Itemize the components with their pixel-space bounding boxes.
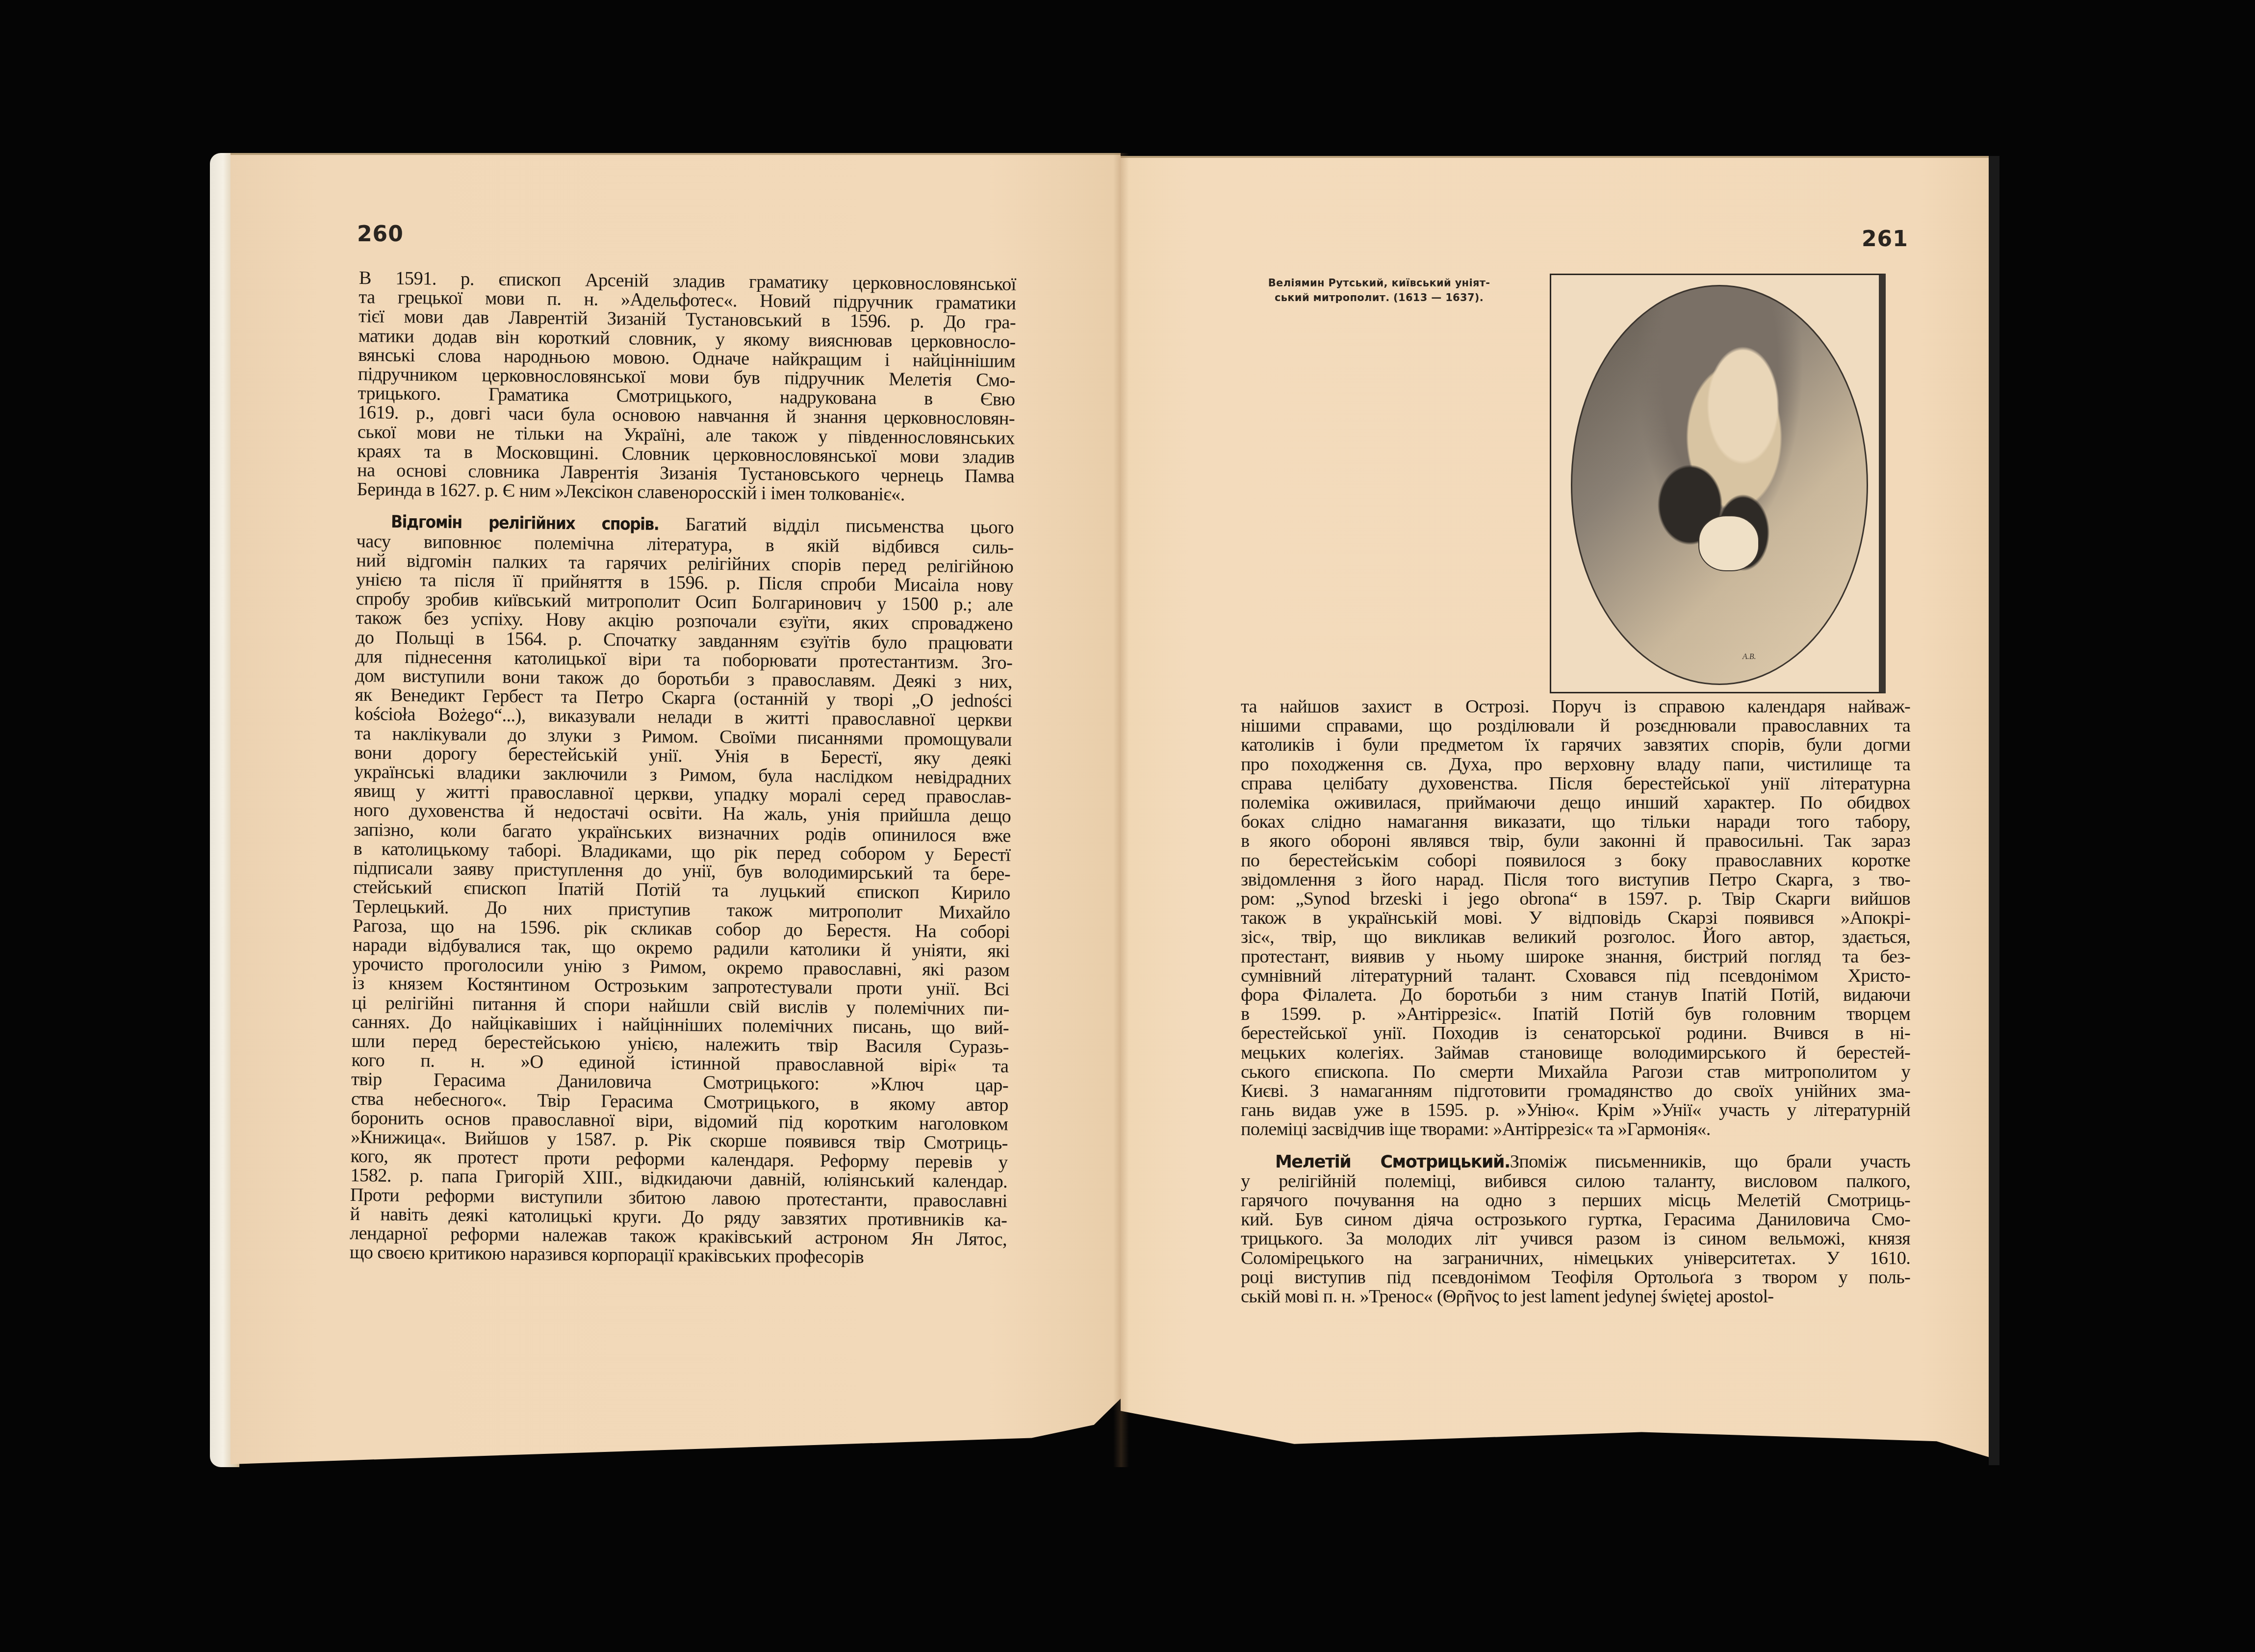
right-paragraph-1: та найшов захист в Острозі. Поруч із спр… — [1241, 697, 1910, 1140]
text-line: у релігійній полеміці, вибився силою тал… — [1241, 1172, 1910, 1191]
caption-line-1: Веліямин Рутський, київський унiят- — [1242, 276, 1516, 290]
text-line: полеміці засвідчив іще творами: »Антірре… — [1241, 1120, 1910, 1139]
text-line: ській мові п. н. »Тренос« (Θρῆνος to jes… — [1241, 1287, 1910, 1306]
text-line: берестейської унії. Походив із сенаторсь… — [1241, 1024, 1910, 1043]
left-paragraph-2: часу виповнює полемічна література, в як… — [350, 532, 1014, 1269]
text-line: гань видав уже в 1595. р. »Унію«. Крім »… — [1241, 1101, 1910, 1120]
portrait-hand-detail — [1698, 515, 1759, 571]
text-line: боках слідно намагання виказати, що тіль… — [1241, 813, 1910, 832]
text-line: Києві. З намаганням підготовити громадян… — [1241, 1082, 1910, 1101]
text-line: звідомлення з його нарад. Після того вис… — [1241, 870, 1910, 890]
caption-line-2: ський митрополит. (1613 — 1637). — [1242, 290, 1516, 305]
text-line: та найшов захист в Острозі. Поруч із спр… — [1241, 697, 1910, 716]
right-paragraph-2: у релігійній полеміці, вибився силою тал… — [1241, 1172, 1910, 1306]
text-line: в 1599. р. »Антіррезіс«. Іпатій Потій бу… — [1241, 1005, 1910, 1024]
right-section-first-line: Мелетій Смотрицький.Зпоміж письменників,… — [1241, 1152, 1910, 1172]
text-line: католиків і були предметом їх гарячих за… — [1241, 736, 1910, 755]
text-line: кий. Був сином діяча острозького гуртка,… — [1241, 1210, 1910, 1229]
portrait-signature: A.B. — [1742, 653, 1756, 661]
section-heading-right: Мелетій Смотрицький. — [1275, 1152, 1510, 1172]
text-line: трицького. За молодих літ учився разом і… — [1241, 1229, 1910, 1248]
page-number-left: 260 — [357, 222, 404, 247]
text-line: в якого обороні являвся твір, були закон… — [1241, 832, 1910, 851]
portrait-figure: A.B. — [1550, 274, 1886, 693]
text-line: році виступив під псевдонімом Теофіля Ор… — [1241, 1268, 1910, 1287]
text-line: полеміка оживилася, приймаючи дещо инший… — [1241, 793, 1910, 813]
portrait-oval-image — [1571, 285, 1868, 685]
text-line: зіс«, твір, що викликав великий розголос… — [1241, 928, 1910, 947]
text-line: справа целібату духовенства. Після берес… — [1241, 774, 1910, 793]
text-line: мецьких колегіях. Займав становище волод… — [1241, 1043, 1910, 1063]
paragraph-gap — [1241, 1140, 1910, 1152]
text-line: сумнівний літературний талант. Сховався … — [1241, 966, 1910, 986]
text-line: по берестейськім соборі появилося з боку… — [1241, 851, 1910, 870]
text-line: ром: „Synod brzeski i jego obrona“ в 159… — [1241, 890, 1910, 909]
left-page-text: В 1591. р. єпископ Арсеній зладив грамат… — [350, 269, 1016, 1269]
right-page-text: та найшов захист в Острозі. Поруч із спр… — [1241, 697, 1910, 1306]
text-line: Соломірецького на заграничних, німецьких… — [1241, 1249, 1910, 1268]
text-line: гарячого почування на одно з перших місц… — [1241, 1191, 1910, 1210]
section-first-line-text: Зпоміж письменників, що брали участь — [1510, 1151, 1910, 1172]
book-gutter — [1113, 153, 1129, 1467]
figure-caption: Веліямин Рутський, київський унiят- ськи… — [1242, 276, 1516, 305]
left-paragraph-1: В 1591. р. єпископ Арсеній зладив грамат… — [357, 269, 1016, 506]
text-line: про походження св. Духа, про верховну вл… — [1241, 755, 1910, 774]
page-number-right: 261 — [1862, 227, 1908, 252]
text-line: протестант, виявив у ньому широке знання… — [1241, 947, 1910, 966]
text-line: ського єпископа. По смерти Михайла Рагоз… — [1241, 1063, 1910, 1082]
text-line: нішими справами, що розділювали й розєдн… — [1241, 716, 1910, 736]
right-page-shadow — [1989, 156, 1999, 1465]
text-line: фора Філалета. До боротьби з ним станув … — [1241, 986, 1910, 1005]
text-line: також в українській мові. У відповідь Ск… — [1241, 909, 1910, 928]
